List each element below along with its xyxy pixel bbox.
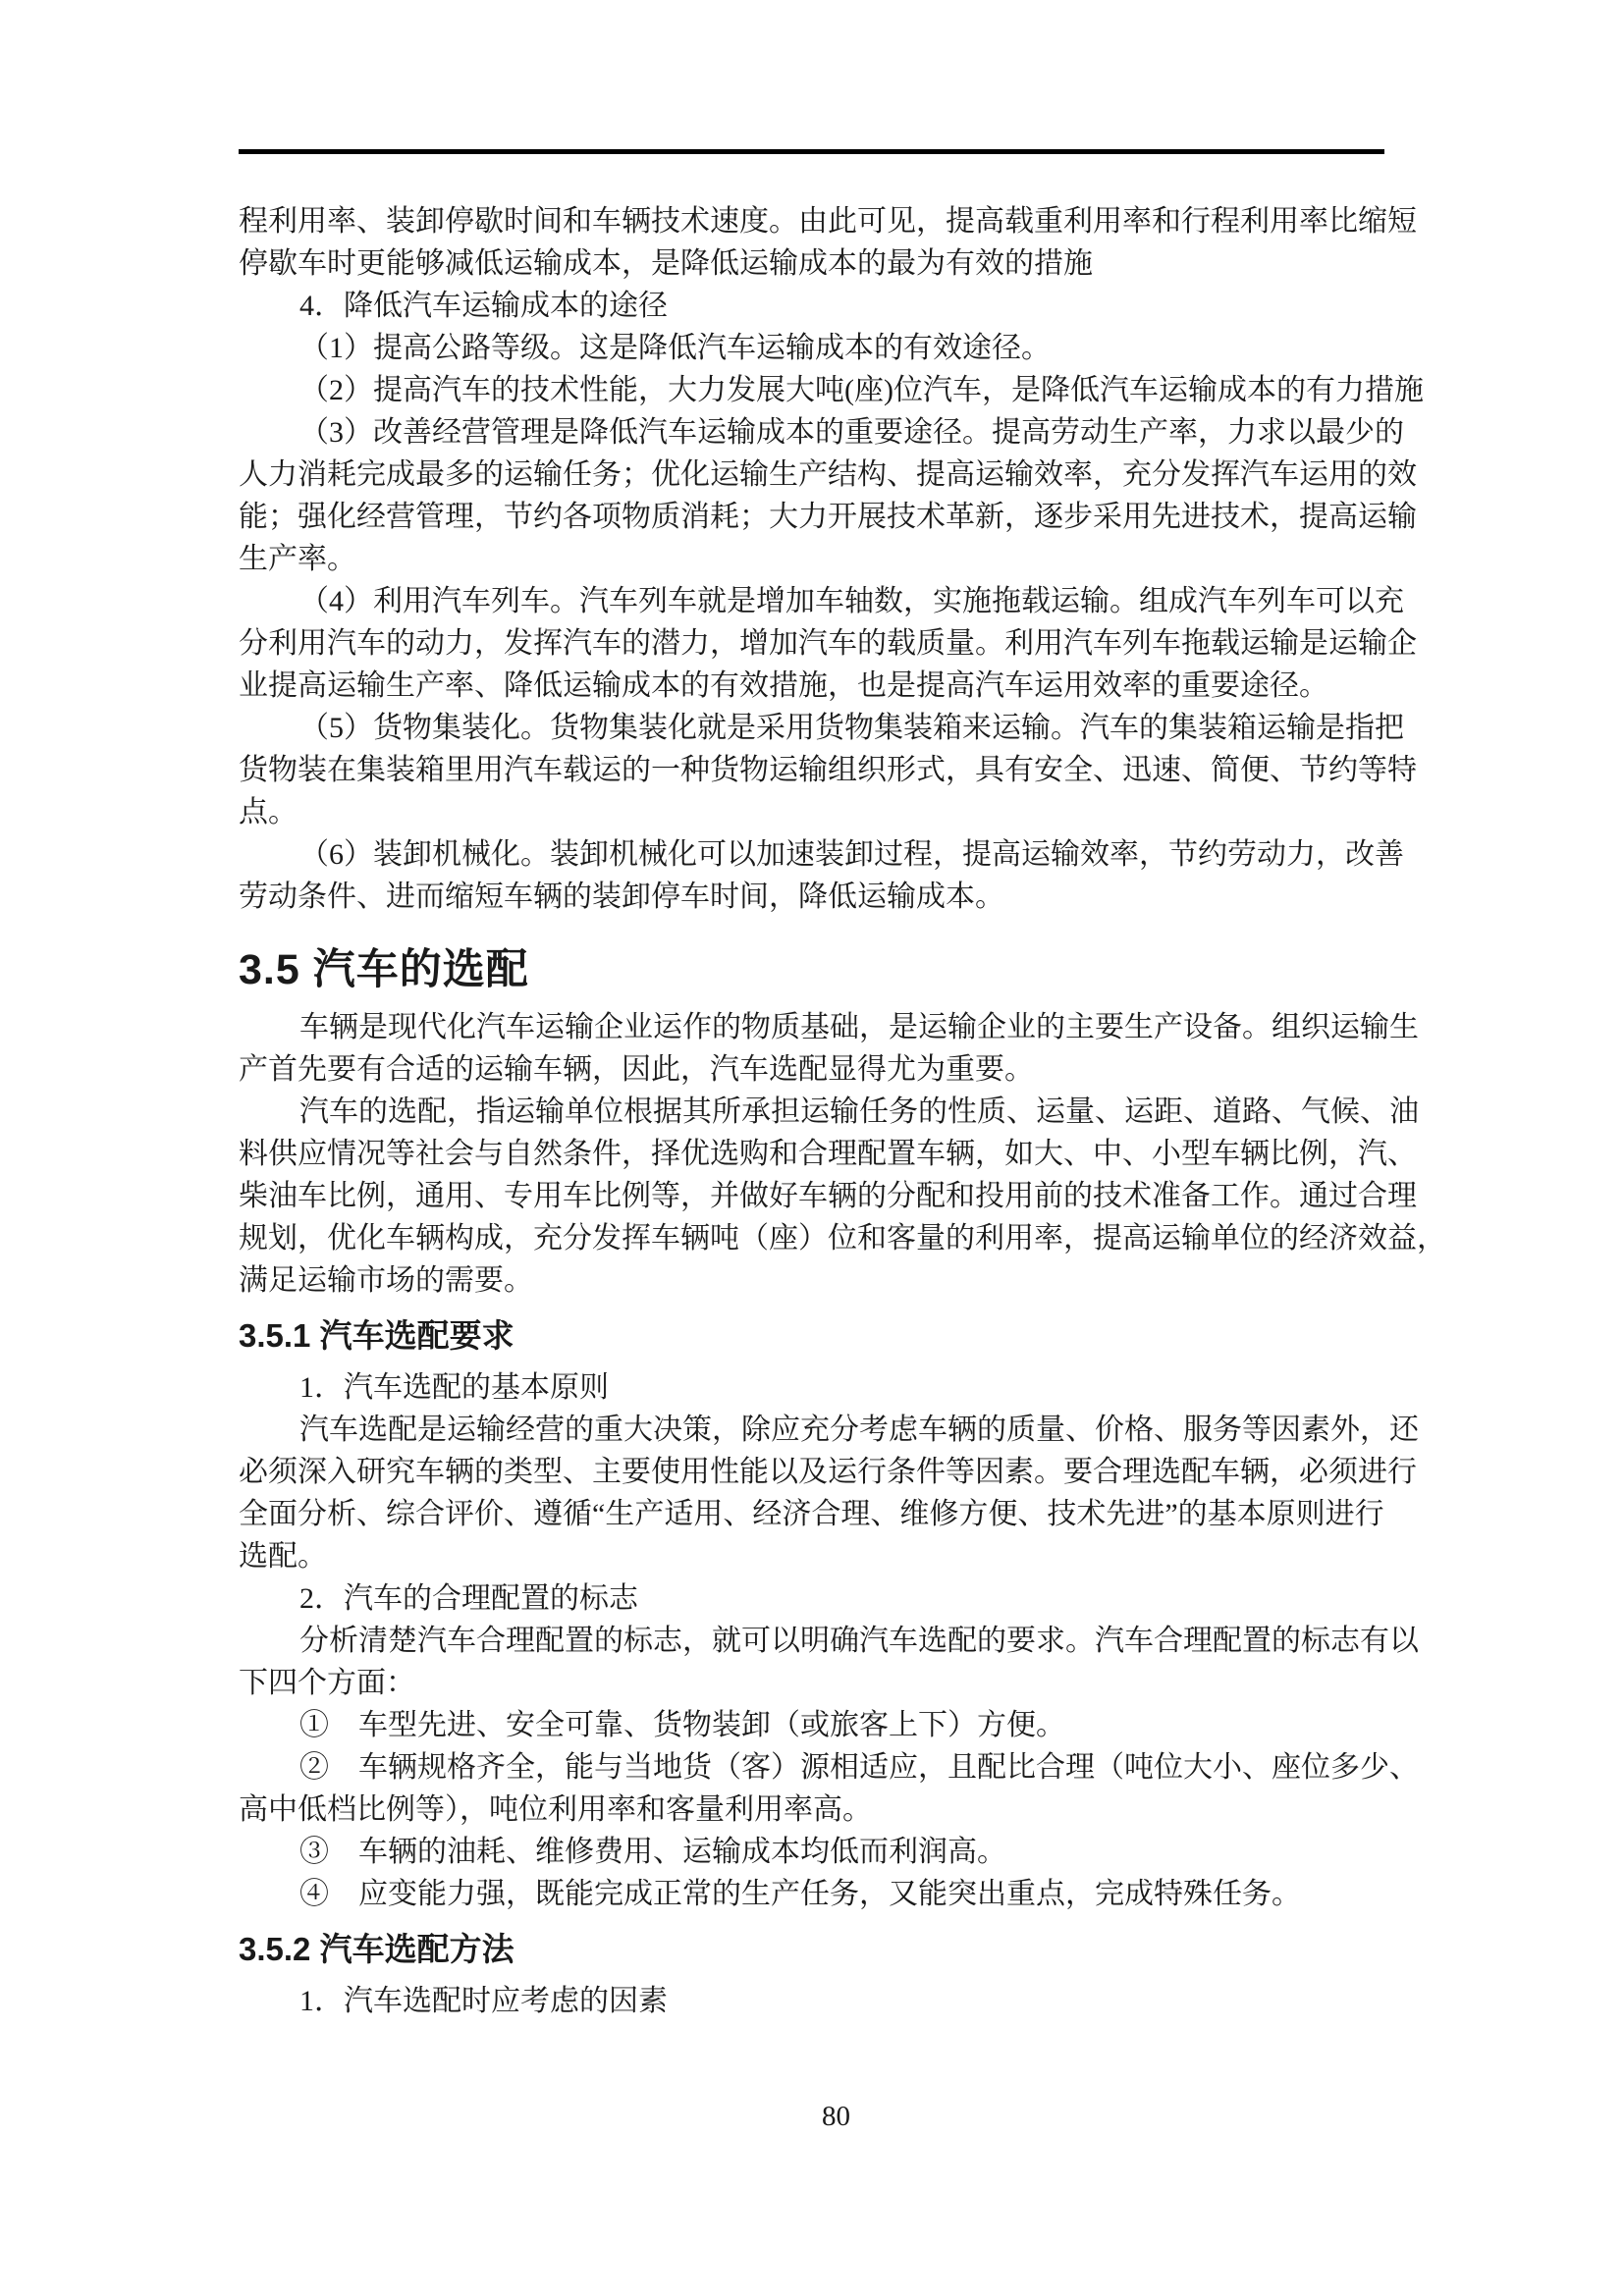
text-line: （6）装卸机械化。装卸机械化可以加速装卸过程，提高运输效率，节约劳动力，改善 [239, 833, 1387, 876]
text-line: 料供应情况等社会与自然条件，择优选购和合理配置车辆，如大、中、小型车辆比例，汽、 [239, 1133, 1387, 1175]
document-body: 程利用率、装卸停歇时间和车辆技术速度。由此可见，提高载重利用率和行程利用率比缩短… [239, 200, 1387, 2022]
text-line: 分利用汽车的动力，发挥汽车的潜力，增加汽车的载质量。利用汽车列车拖载运输是运输企 [239, 622, 1387, 665]
header-rule [239, 149, 1384, 154]
text-line: ③ 车辆的油耗、维修费用、运输成本均低而利润高。 [239, 1831, 1387, 1873]
text-line: 停歇车时更能够减低运输成本，是降低运输成本的最为有效的措施 [239, 242, 1387, 285]
text-line: （1）提高公路等级。这是降低汽车运输成本的有效途径。 [239, 327, 1387, 369]
text-line: 柴油车比例，通用、专用车比例等，并做好车辆的分配和投用前的技术准备工作。通过合理 [239, 1175, 1387, 1217]
chapter-heading: 3.5 汽车的选配 [239, 935, 1387, 1004]
text-line: 汽车的选配，指运输单位根据其所承担运输任务的性质、运量、运距、道路、气候、油 [239, 1091, 1387, 1133]
text-line: 人力消耗完成最多的运输任务；优化运输生产结构、提高运输效率，充分发挥汽车运用的效 [239, 454, 1387, 496]
subsection-heading: 3.5.1 汽车选配要求 [239, 1313, 1387, 1359]
text-line: 分析清楚汽车合理配置的标志，就可以明确汽车选配的要求。汽车合理配置的标志有以 [239, 1620, 1387, 1662]
text-line: ④ 应变能力强，既能完成正常的生产任务，又能突出重点，完成特殊任务。 [239, 1873, 1387, 1915]
text-line: 全面分析、综合评价、遵循“生产适用、经济合理、维修方便、技术先进”的基本原则进行 [239, 1493, 1387, 1535]
text-line: 1．汽车选配的基本原则 [239, 1366, 1387, 1409]
text-line: 规划，优化车辆构成，充分发挥车辆吨（座）位和客量的利用率，提高运输单位的经济效益… [239, 1217, 1387, 1259]
text-line: 2．汽车的合理配置的标志 [239, 1577, 1387, 1620]
text-line: 货物装在集装箱里用汽车载运的一种货物运输组织形式，具有安全、迅速、简便、节约等特 [239, 749, 1387, 791]
text-line: （3）改善经营管理是降低汽车运输成本的重要途径。提高劳动生产率，力求以最少的 [239, 411, 1387, 454]
text-line: 程利用率、装卸停歇时间和车辆技术速度。由此可见，提高载重利用率和行程利用率比缩短 [239, 200, 1387, 242]
text-line: 劳动条件、进而缩短车辆的装卸停车时间，降低运输成本。 [239, 876, 1387, 918]
text-line: 汽车选配是运输经营的重大决策，除应充分考虑车辆的质量、价格、服务等因素外，还 [239, 1409, 1387, 1451]
text-line: 业提高运输生产率、降低运输成本的有效措施，也是提高汽车运用效率的重要途径。 [239, 665, 1387, 707]
text-line: （5）货物集装化。货物集装化就是采用货物集装箱来运输。汽车的集装箱运输是指把 [239, 707, 1387, 749]
text-line: 满足运输市场的需要。 [239, 1259, 1387, 1302]
subsection-heading: 3.5.2 汽车选配方法 [239, 1927, 1387, 1972]
text-line: 选配。 [239, 1535, 1387, 1577]
text-line: （2）提高汽车的技术性能，大力发展大吨(座)位汽车，是降低汽车运输成本的有力措施 [239, 369, 1387, 411]
text-line: 下四个方面： [239, 1662, 1387, 1704]
text-line: 高中低档比例等），吨位利用率和客量利用率高。 [239, 1789, 1387, 1831]
page-number: 80 [263, 2100, 1409, 2133]
text-line: 车辆是现代化汽车运输企业运作的物质基础，是运输企业的主要生产设备。组织运输生 [239, 1006, 1387, 1048]
text-line: ② 车辆规格齐全，能与当地货（客）源相适应，且配比合理（吨位大小、座位多少、 [239, 1746, 1387, 1789]
text-line: 4．降低汽车运输成本的途径 [239, 285, 1387, 327]
text-line: （4）利用汽车列车。汽车列车就是增加车轴数，实施拖载运输。组成汽车列车可以充 [239, 580, 1387, 622]
text-line: 点。 [239, 791, 1387, 833]
text-line: 产首先要有合适的运输车辆，因此，汽车选配显得尤为重要。 [239, 1048, 1387, 1091]
text-line: 生产率。 [239, 538, 1387, 580]
document-page: 程利用率、装卸停歇时间和车辆技术速度。由此可见，提高载重利用率和行程利用率比缩短… [0, 0, 1624, 2296]
text-line: 能；强化经营管理，节约各项物质消耗；大力开展技术革新，逐步采用先进技术，提高运输 [239, 496, 1387, 538]
text-line: 必须深入研究车辆的类型、主要使用性能以及运行条件等因素。要合理选配车辆，必须进行 [239, 1451, 1387, 1493]
text-line: ① 车型先进、安全可靠、货物装卸（或旅客上下）方便。 [239, 1704, 1387, 1746]
text-line: 1．汽车选配时应考虑的因素 [239, 1980, 1387, 2022]
